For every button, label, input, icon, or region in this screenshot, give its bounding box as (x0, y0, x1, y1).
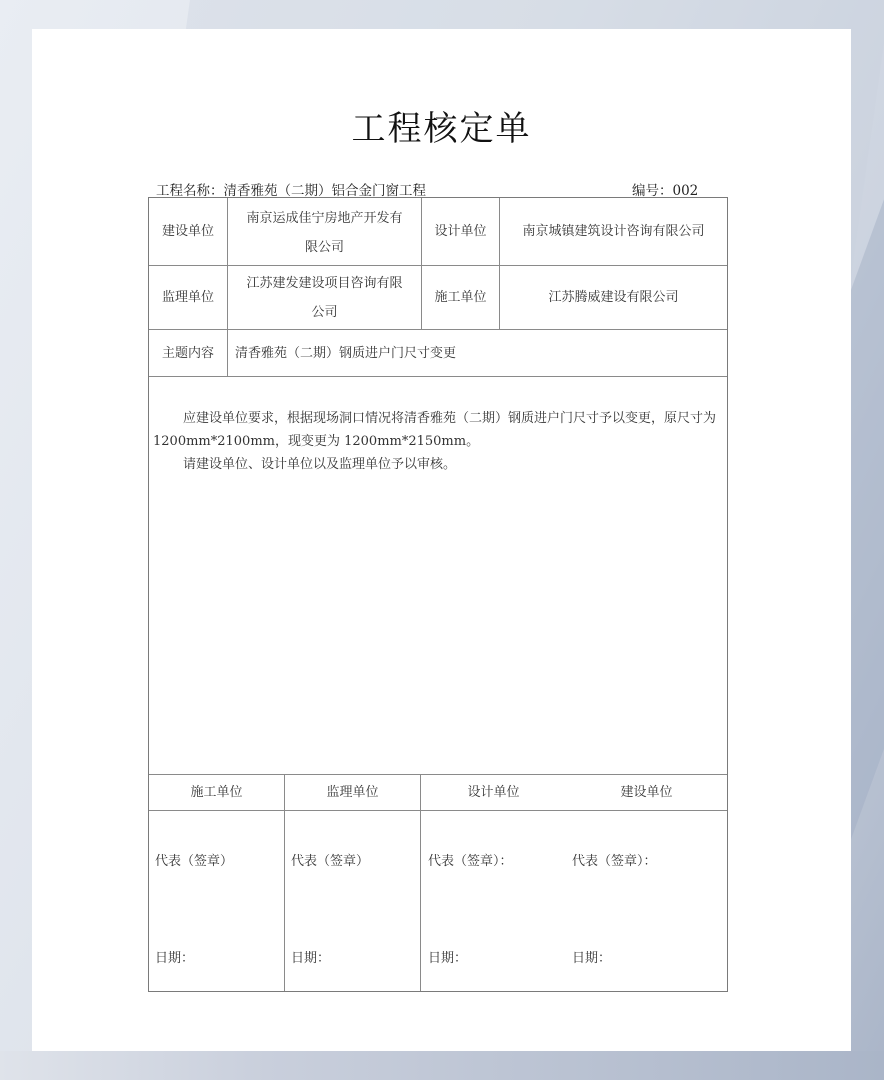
content-paragraph: 应建设单位要求，根据现场洞口情况将清香雅苑（二期）钢质进户门尺寸予以变更，原尺寸… (153, 407, 721, 453)
approval-table: 建设单位 南京运成佳宁房地产开发有 限公司 设计单位 南京城镇建筑设计咨询有限公… (148, 197, 728, 992)
sig-rep-supervision: 代表（签章） (291, 850, 369, 869)
sig-date-design: 日期： (428, 947, 467, 966)
content-area: 应建设单位要求，根据现场洞口情况将清香雅苑（二期）钢质进户门尺寸予以变更，原尺寸… (149, 377, 727, 774)
contractor-unit-value: 江苏腾威建设有限公司 (500, 266, 727, 329)
label-construction-unit: 建设单位 (149, 198, 227, 265)
document-title: 工程核定单 (32, 101, 851, 150)
value-line: 限公司 (305, 233, 344, 262)
sig-header-owner: 建设单位 (566, 775, 727, 810)
subject-value: 清香雅苑（二期）钢质进户门尺寸变更 (235, 330, 715, 376)
content-text: 应建设单位要求，根据现场洞口情况将清香雅苑（二期）钢质进户门尺寸予以变更，原尺寸… (153, 407, 721, 476)
sig-date-supervision: 日期： (291, 947, 330, 966)
background-strip (0, 1051, 884, 1080)
value-line: 江苏建发建设项目咨询有限 (246, 269, 402, 298)
construction-unit-value: 南京运成佳宁房地产开发有 限公司 (228, 200, 421, 265)
sig-header-contractor: 施工单位 (149, 775, 284, 810)
document-number: 编号：002 (632, 179, 698, 199)
sig-header-supervision: 监理单位 (285, 775, 420, 810)
label-subject: 主题内容 (149, 330, 227, 376)
sig-rep-contractor: 代表（签章） (155, 850, 233, 869)
sig-date-contractor: 日期： (155, 947, 194, 966)
sig-rep-owner: 代表（签章）： (572, 850, 657, 869)
project-name: 工程名称：清香雅苑（二期）铝合金门窗工程 (156, 179, 426, 199)
design-unit-value: 南京城镇建筑设计咨询有限公司 (500, 198, 727, 265)
sig-header-design: 设计单位 (421, 775, 566, 810)
label-contractor-unit: 施工单位 (422, 266, 499, 329)
content-paragraph: 请建设单位、设计单位以及监理单位予以审核。 (153, 453, 721, 476)
document-page: 工程核定单 工程名称：清香雅苑（二期）铝合金门窗工程 编号：002 建设单位 南… (32, 29, 851, 1051)
value-line: 公司 (311, 298, 337, 327)
sig-rep-design: 代表（签章）： (428, 850, 513, 869)
divider (149, 810, 727, 811)
value-line: 南京运成佳宁房地产开发有 (246, 204, 402, 233)
label-design-unit: 设计单位 (422, 198, 499, 265)
supervision-unit-value: 江苏建发建设项目咨询有限 公司 (228, 266, 421, 329)
sig-date-owner: 日期： (572, 947, 611, 966)
label-supervision-unit: 监理单位 (149, 266, 227, 329)
